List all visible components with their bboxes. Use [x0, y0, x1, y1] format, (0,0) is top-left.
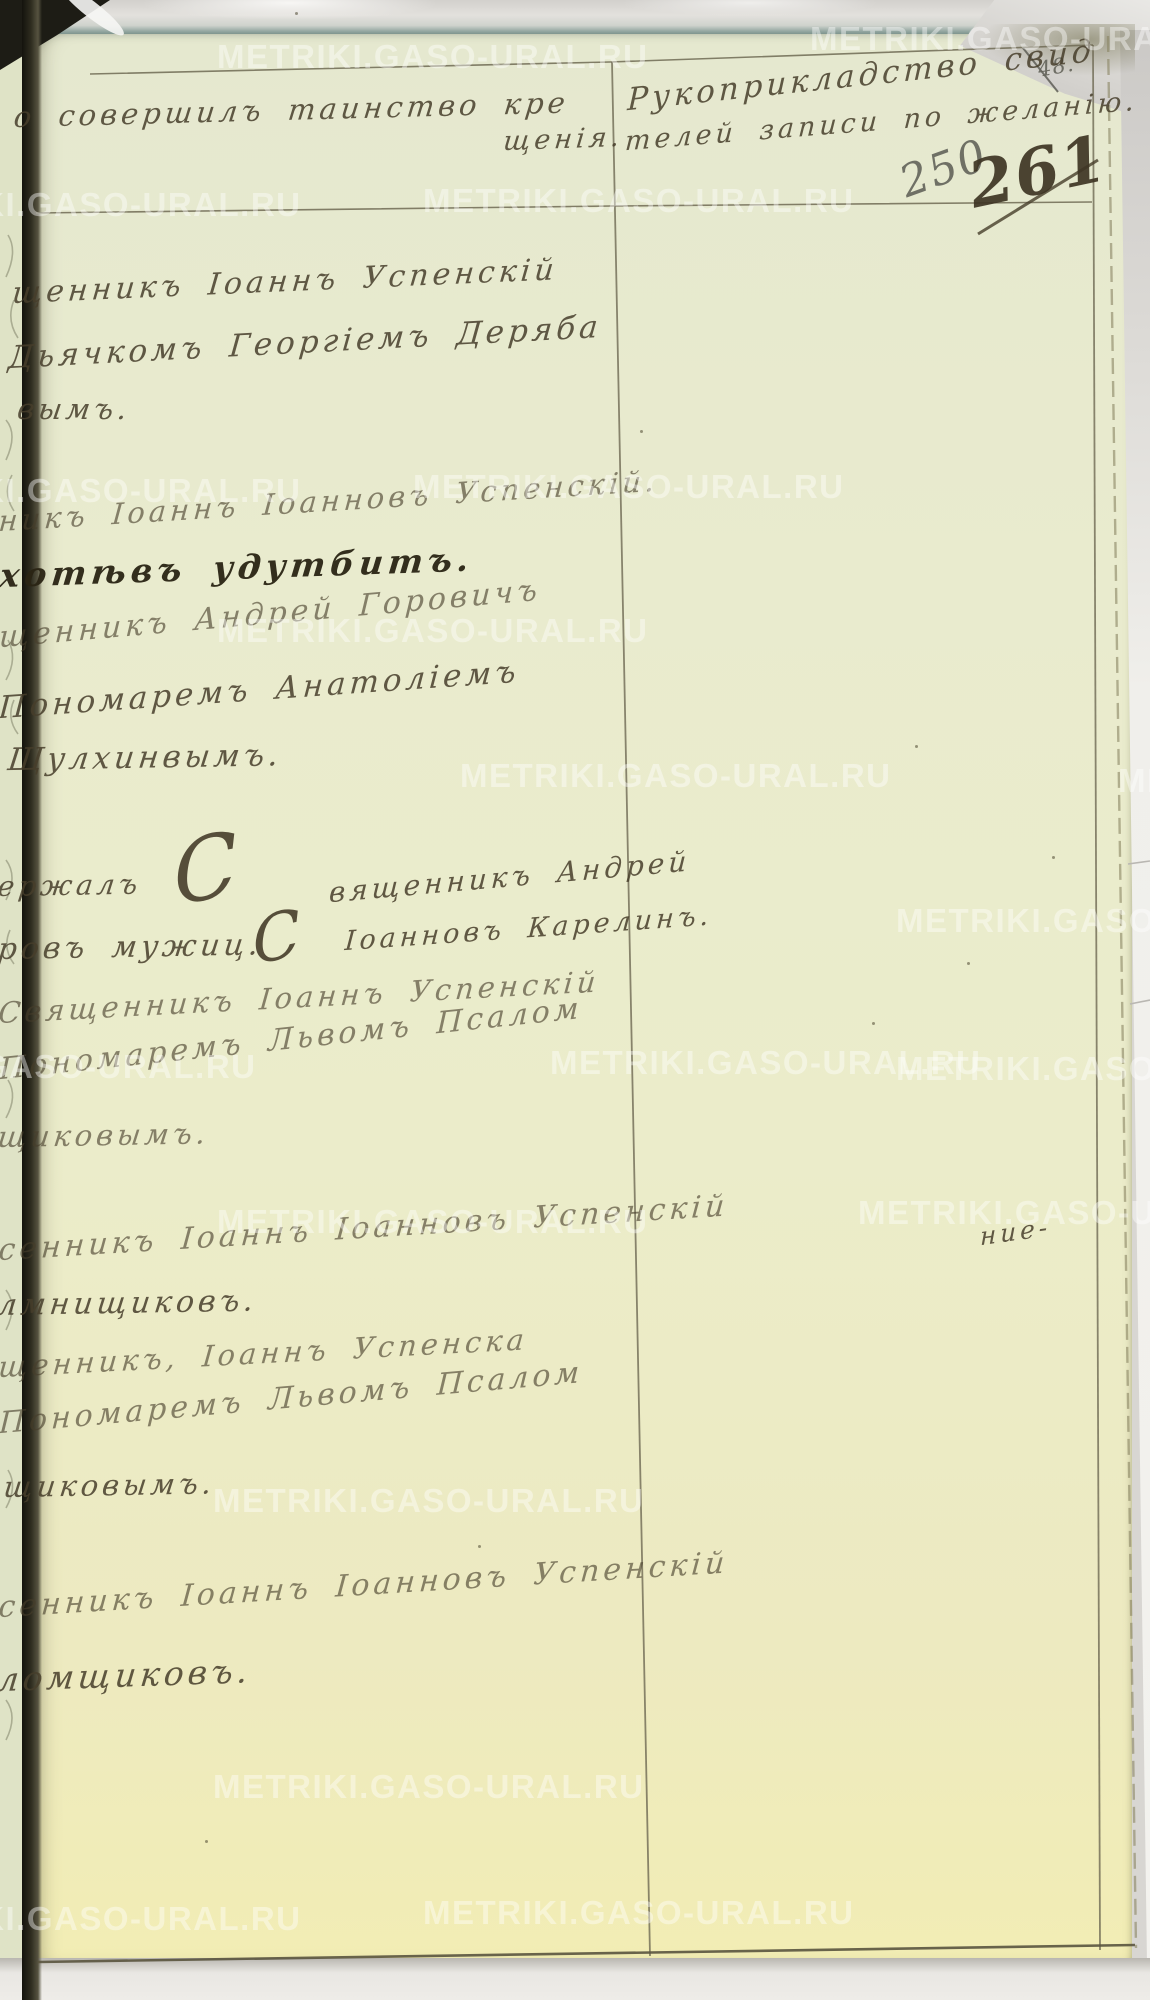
signature-flourish: С: [170, 812, 241, 926]
entry-line: ломщиковъ.: [0, 1651, 254, 1699]
entry-line: Щулхинвымъ.: [6, 737, 285, 778]
header-left-line: щенія.: [502, 122, 625, 157]
handwriting-layer: о совершилъ таинство крещенія.Рукоприкла…: [0, 0, 1150, 2000]
entry-line: щенникъ Іоаннъ Успенскій: [11, 252, 560, 311]
header-left-line: о совершилъ таинство кре: [12, 85, 571, 134]
entry-line: щиковымъ.: [0, 1116, 212, 1154]
entry-line: ровъ мужиц.: [0, 927, 264, 967]
entry-line: лмнищиковъ.: [0, 1283, 259, 1323]
scan-background: { "watermark": { "text": "METRIKI.GASO-U…: [0, 0, 1150, 2000]
entry-line: Дьячкомъ Георгіемъ Деряба: [7, 309, 603, 376]
entry-line: ержалъ: [0, 867, 143, 903]
entry-line: сенникъ Іоаннъ Іоанновъ Успенскій: [0, 1545, 730, 1625]
signature-flourish: С: [250, 896, 303, 981]
entry-line: вященникъ Андрей: [328, 844, 691, 909]
entry-line: щиковымъ.: [2, 1466, 218, 1504]
margin-note: ние-: [980, 1212, 1051, 1251]
entry-line: Пономаремъ Анатоліемъ: [0, 654, 521, 727]
entry-line: вымъ.: [15, 392, 133, 426]
entry-line: никъ Іоаннъ Іоанновъ Успенскій.: [0, 464, 660, 539]
entry-line: Іоанновъ Карелинъ.: [344, 900, 714, 957]
entry-line: сенникъ Іоаннъ Іоанновъ Успенскій: [0, 1188, 730, 1268]
